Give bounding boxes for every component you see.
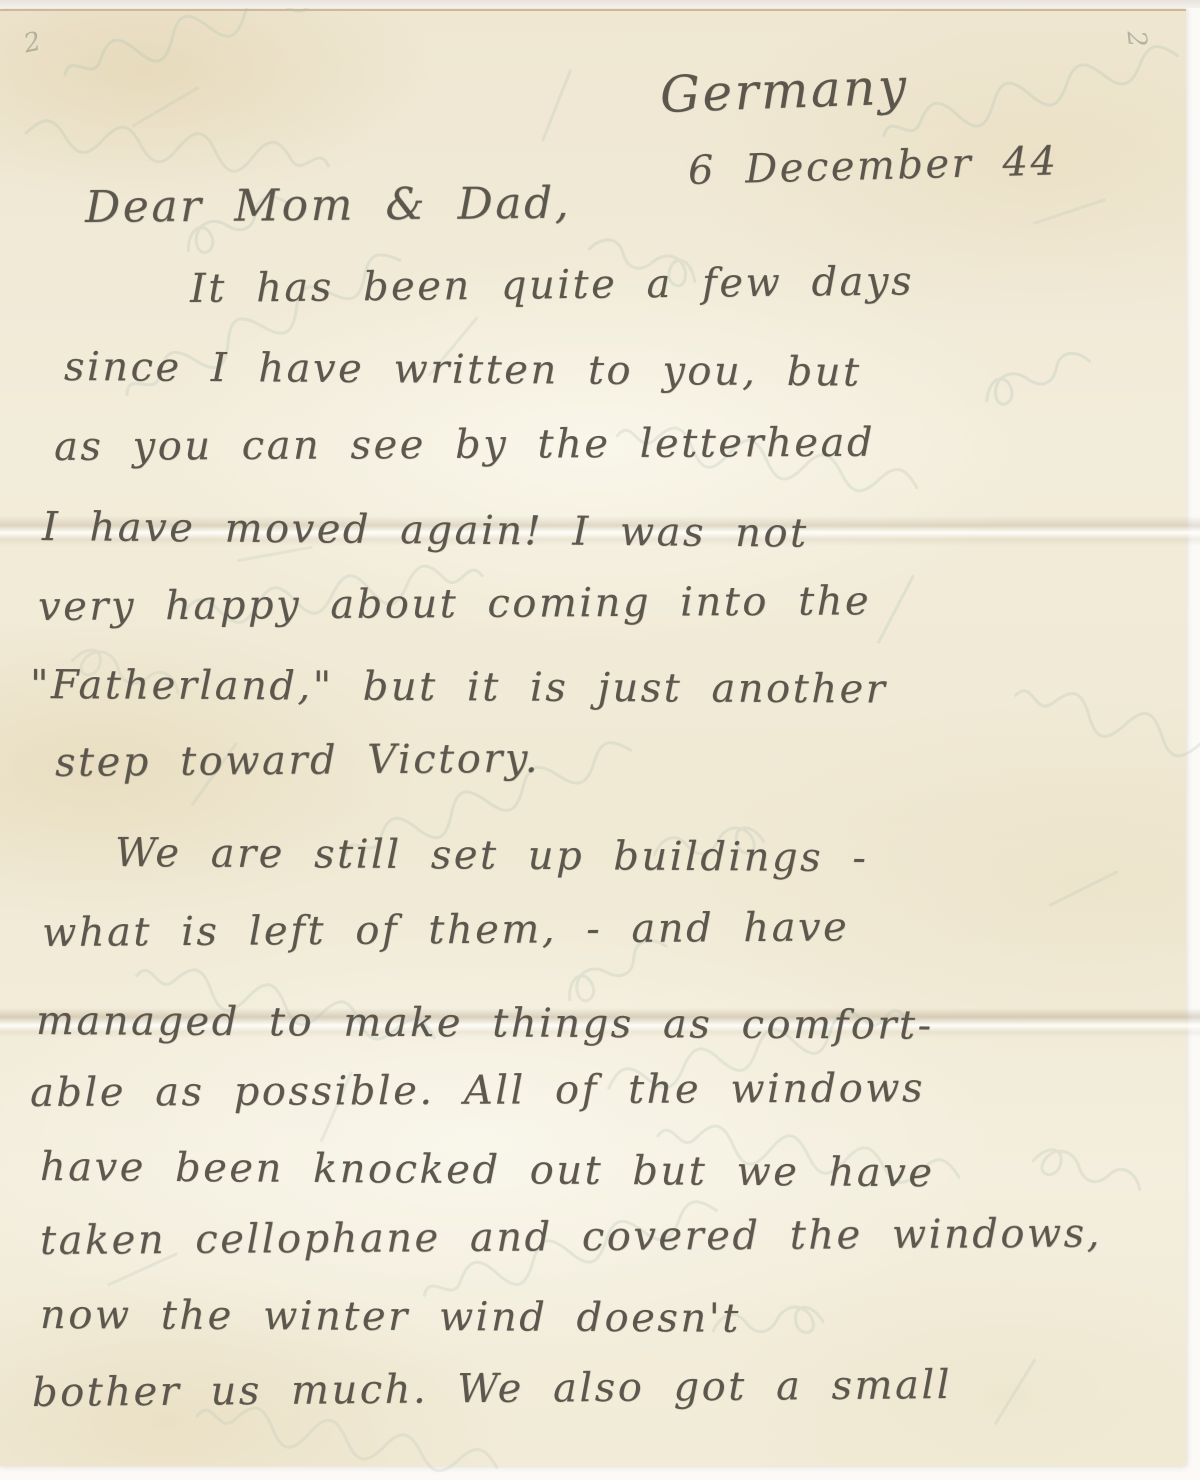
letter-line: able as possible. All of the windows xyxy=(30,1065,925,1116)
letter-place: Germany xyxy=(659,57,909,124)
scanned-letter-page: 2 2 Germany 6 December 44 Dear Mom & Dad… xyxy=(0,0,1200,1480)
letter-line: as you can see by the letterhead xyxy=(54,420,875,470)
letter-salutation: Dear Mom & Dad, xyxy=(85,178,572,233)
letter-line: We are still set up buildings - xyxy=(115,830,869,881)
letter-line: what is left of them, - and have xyxy=(42,904,850,956)
page-number-mark-right: 2 xyxy=(1120,29,1152,49)
letter-line: since I have written to you, but xyxy=(64,344,862,396)
letter-line: managed to make things as comfort- xyxy=(36,998,934,1049)
letter-line: bother us much. We also got a small xyxy=(32,1362,952,1416)
letter-line: "Fatherland," but it is just another xyxy=(30,662,888,712)
letter-date: 6 December 44 xyxy=(687,138,1058,194)
letter-line: now the winter wind doesn't xyxy=(40,1292,741,1342)
letter-line: step toward Victory. xyxy=(55,736,540,786)
letter-line: very happy about coming into the xyxy=(38,578,871,630)
letter-line: have been knocked out but we have xyxy=(40,1144,935,1196)
letter-line: I have moved again! I was not xyxy=(42,504,809,557)
letter-line: taken cellophane and covered the windows… xyxy=(40,1211,1102,1264)
letter-line: It has been quite a few days xyxy=(190,258,915,312)
